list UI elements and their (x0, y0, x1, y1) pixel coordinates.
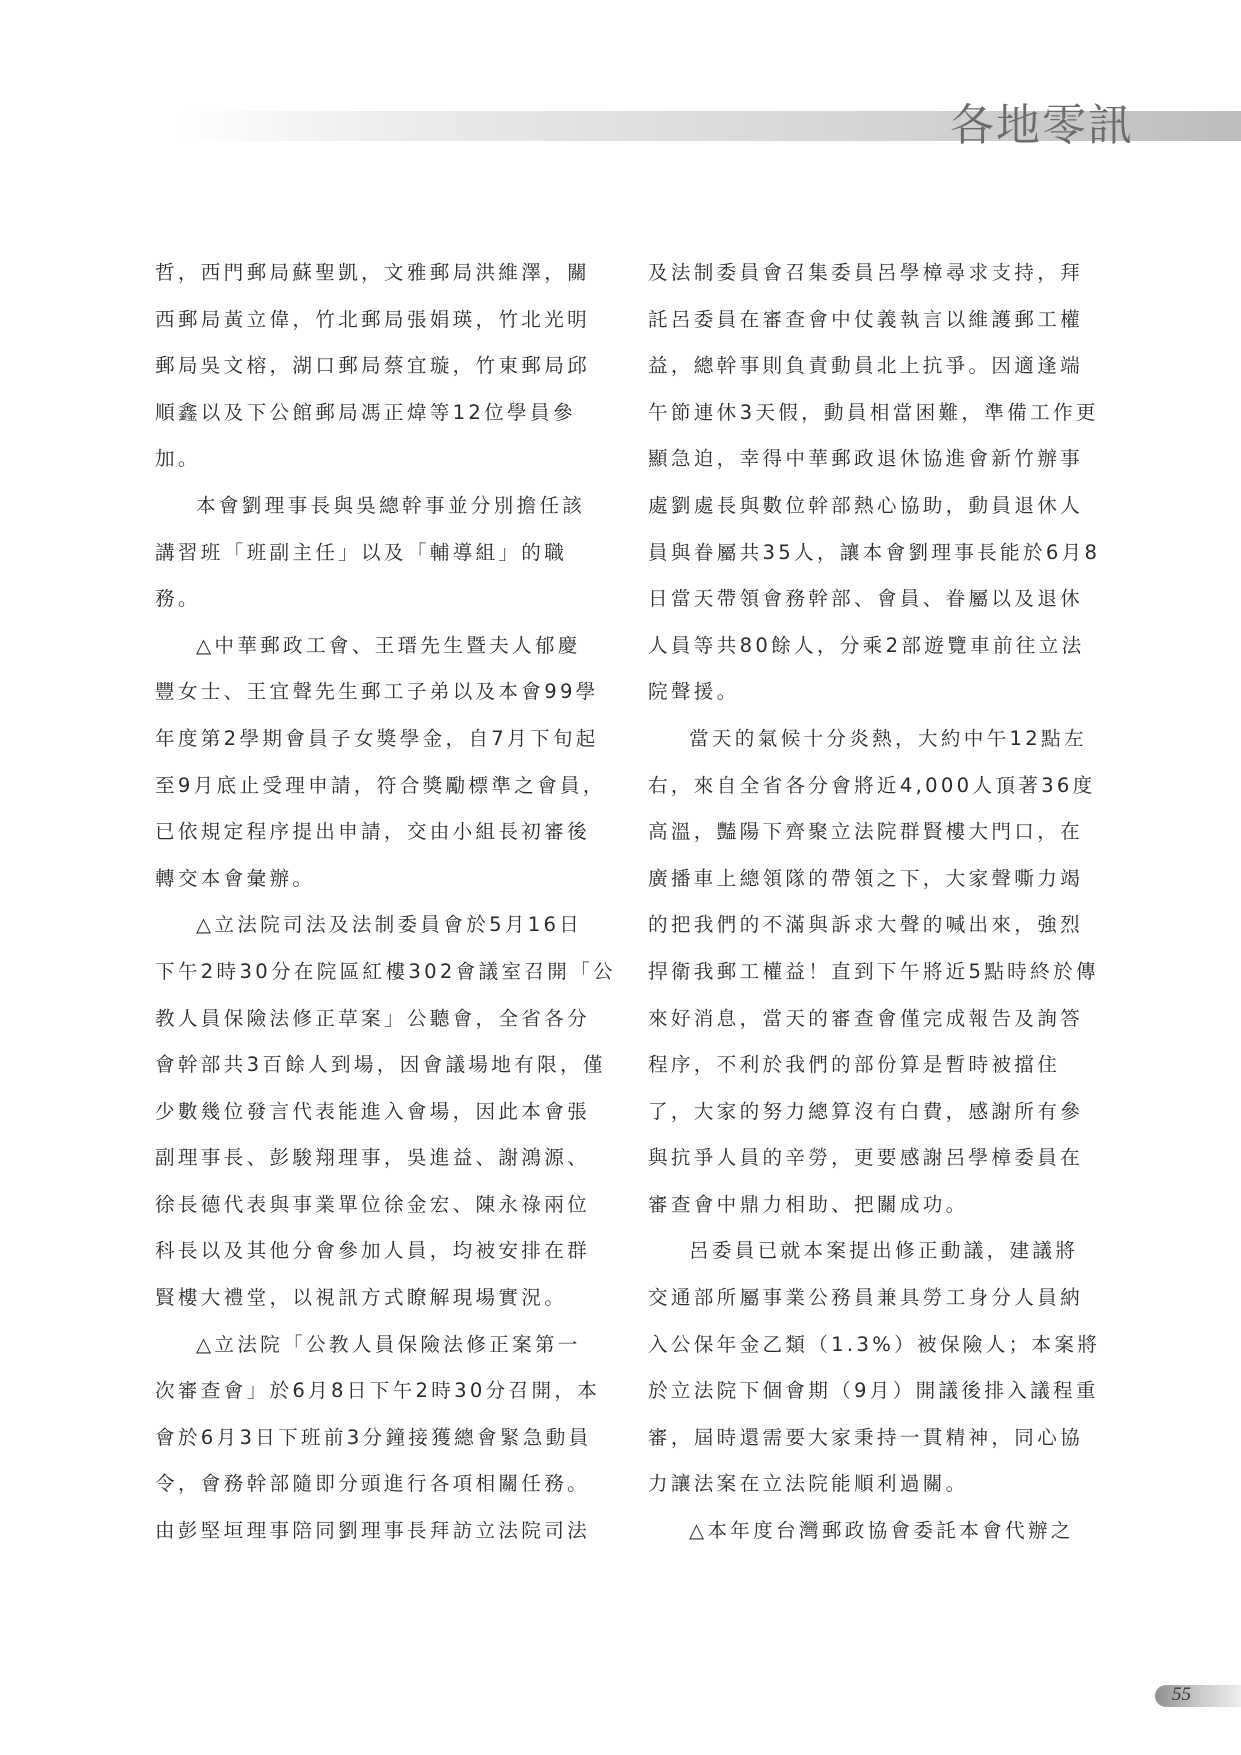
text-line: 本會劉理事長與吳總幹事並分別擔任該 (155, 483, 595, 530)
text-line: 與抗爭人員的辛勞，更要感謝呂學樟委員在 (648, 1135, 1088, 1182)
text-line: 託呂委員在審查會中仗義執言以維護郵工權 (648, 297, 1088, 344)
text-line: 加。 (155, 436, 595, 483)
text-line: 轉交本會彙辦。 (155, 856, 595, 903)
text-line: 來好消息，當天的審查會僅完成報告及詢答 (648, 996, 1088, 1043)
text-line: 次審查會」於6月8日下午2時30分召開，本 (155, 1368, 595, 1415)
text-line: 豐女士、王宜聲先生郵工子弟以及本會99學 (155, 669, 595, 716)
text-line: 徐長德代表與事業單位徐金宏、陳永祿兩位 (155, 1182, 595, 1229)
right-text-column: 及法制委員會召集委員呂學樟尋求支持，拜託呂委員在審查會中仗義執言以維護郵工權益，… (648, 250, 1088, 1555)
text-line: 處劉處長與數位幹部熱心協助，動員退休人 (648, 483, 1088, 530)
text-line: 賢樓大禮堂，以視訊方式瞭解現場實況。 (155, 1275, 595, 1322)
text-line: 少數幾位發言代表能進入會場，因此本會張 (155, 1089, 595, 1136)
text-line: 至9月底止受理申請，符合獎勵標準之會員， (155, 763, 595, 810)
text-line: 廣播車上總領隊的帶領之下，大家聲嘶力竭 (648, 856, 1088, 903)
text-line: 審，屆時還需要大家秉持一貫精神，同心協 (648, 1415, 1088, 1462)
text-line: 捍衛我郵工權益！直到下午將近5點時終於傳 (648, 949, 1088, 996)
page-number-tab (1155, 1685, 1241, 1707)
text-line: 順鑫以及下公館郵局馮正煒等12位學員參 (155, 390, 595, 437)
text-line: 呂委員已就本案提出修正動議，建議將 (648, 1228, 1088, 1275)
text-line: 程序，不利於我們的部份算是暫時被擋住 (648, 1042, 1088, 1089)
text-line: 郵局吳文榕，湖口郵局蔡宜璇，竹東郵局邱 (155, 343, 595, 390)
text-line: △立法院「公教人員保險法修正案第一 (155, 1322, 595, 1369)
page-number: 55 (1172, 1682, 1191, 1708)
text-line: 講習班「班副主任」以及「輔導組」的職 (155, 530, 595, 577)
text-line: 由彭堅垣理事陪同劉理事長拜訪立法院司法 (155, 1508, 595, 1555)
text-line: 的把我們的不滿與訴求大聲的喊出來，強烈 (648, 902, 1088, 949)
text-line: 益，總幹事則負責動員北上抗爭。因適逢端 (648, 343, 1088, 390)
text-line: 下午2時30分在院區紅樓302會議室召開「公 (155, 949, 595, 996)
text-line: 人員等共80餘人，分乘2部遊覽車前往立法 (648, 623, 1088, 670)
text-line: △中華郵政工會、王瑨先生暨夫人郁慶 (155, 623, 595, 670)
text-line: 已依規定程序提出申請，交由小組長初審後 (155, 809, 595, 856)
text-line: 了，大家的努力總算沒有白費，感謝所有參 (648, 1089, 1088, 1136)
text-line: 令，會務幹部隨即分頭進行各項相關任務。 (155, 1461, 595, 1508)
text-line: 於立法院下個會期（9月）開議後排入議程重 (648, 1368, 1088, 1415)
text-line: 教人員保險法修正草案」公聽會，全省各分 (155, 996, 595, 1043)
text-line: 會幹部共3百餘人到場，因會議場地有限，僅 (155, 1042, 595, 1089)
text-line: 午節連休3天假，動員相當困難，準備工作更 (648, 390, 1088, 437)
text-line: 哲，西門郵局蘇聖凱，文雅郵局洪維澤，關 (155, 250, 595, 297)
text-line: 年度第2學期會員子女獎學金，自7月下旬起 (155, 716, 595, 763)
text-line: 高溫，豔陽下齊聚立法院群賢樓大門口，在 (648, 809, 1088, 856)
text-line: 員與眷屬共35人，讓本會劉理事長能於6月8 (648, 530, 1088, 577)
text-line: 力讓法案在立法院能順利過關。 (648, 1461, 1088, 1508)
text-line: 科長以及其他分會參加人員，均被安排在群 (155, 1228, 595, 1275)
text-line: 顯急迫，幸得中華郵政退休協進會新竹辦事 (648, 436, 1088, 483)
text-line: 交通部所屬事業公務員兼具勞工身分人員納 (648, 1275, 1088, 1322)
text-line: △立法院司法及法制委員會於5月16日 (155, 902, 595, 949)
text-line: 及法制委員會召集委員呂學樟尋求支持，拜 (648, 250, 1088, 297)
text-line: 副理事長、彭駿翔理事，吳進益、謝鴻源、 (155, 1135, 595, 1182)
text-line: △本年度台灣郵政協會委託本會代辦之 (648, 1508, 1088, 1555)
text-line: 當天的氣候十分炎熱，大約中午12點左 (648, 716, 1088, 763)
text-line: 院聲援。 (648, 669, 1088, 716)
section-title: 各地零訊 (950, 96, 1110, 156)
text-line: 會於6月3日下班前3分鐘接獲總會緊急動員 (155, 1415, 595, 1462)
text-line: 西郵局黃立偉，竹北郵局張娟瑛，竹北光明 (155, 297, 595, 344)
text-line: 右，來自全省各分會將近4,000人頂著36度 (648, 763, 1088, 810)
text-line: 日當天帶領會務幹部、會員、眷屬以及退休 (648, 576, 1088, 623)
text-line: 務。 (155, 576, 595, 623)
text-line: 入公保年金乙類（1.3%）被保險人；本案將 (648, 1322, 1088, 1369)
text-line: 審查會中鼎力相助、把關成功。 (648, 1182, 1088, 1229)
left-text-column: 哲，西門郵局蘇聖凱，文雅郵局洪維澤，關西郵局黃立偉，竹北郵局張娟瑛，竹北光明郵局… (155, 250, 595, 1555)
